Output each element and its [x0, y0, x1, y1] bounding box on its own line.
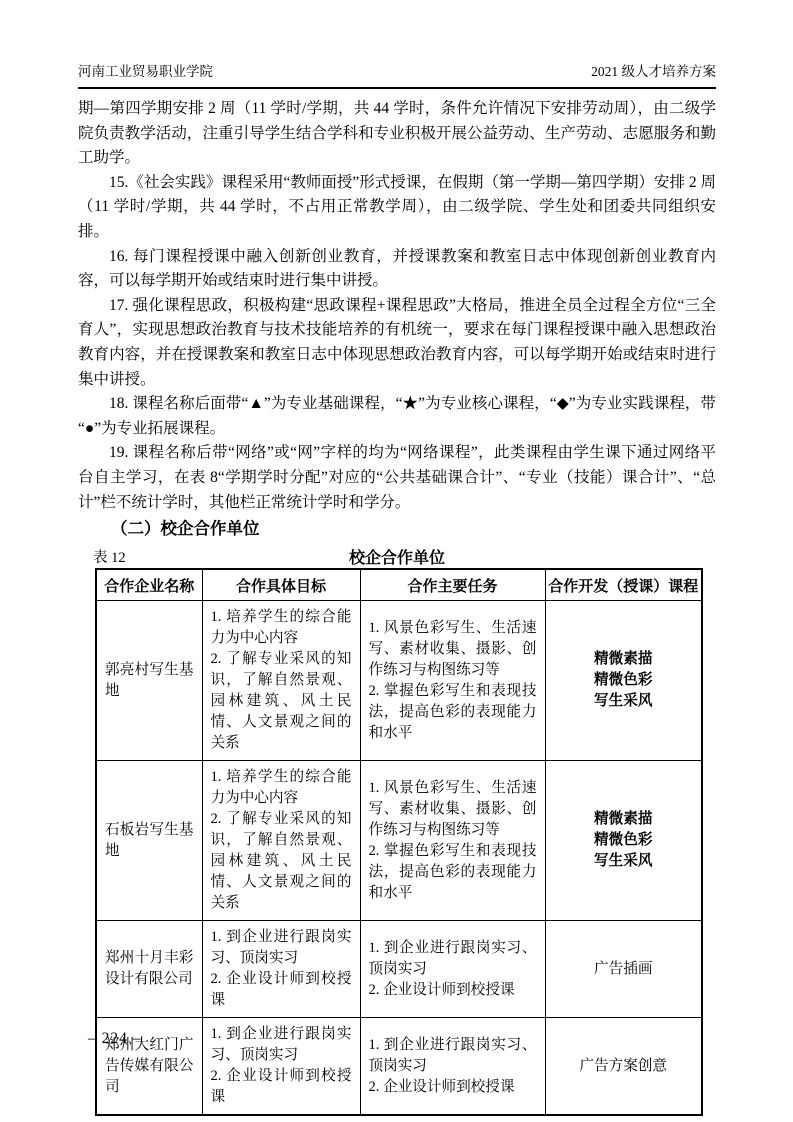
course-line: 精微色彩: [554, 830, 694, 851]
course-line: 精微色彩: [554, 670, 694, 691]
page-content: 河南工业贸易职业学院 2021 级人才培养方案 期—第四学期安排 2 周（11 …: [78, 60, 716, 1116]
table-title: 校企合作单位: [78, 545, 716, 568]
courses-cell: 精微素描 精微色彩 写生采风: [545, 601, 702, 761]
tasks-cell: 1. 到企业进行跟岗实习、顶岗实习 2. 企业设计师到校授课: [360, 921, 545, 1018]
company-cell: 郭亮村写生基地: [96, 601, 202, 761]
table-row: 郑州大红门广告传媒有限公司 1. 到企业进行跟岗实习、顶岗实习 2. 企业设计师…: [96, 1018, 702, 1116]
task-item: 1. 风景色彩写生、生活速写、素材收集、摄影、创作练习与构图练习等: [369, 618, 537, 681]
goal-item: 1. 到企业进行跟岗实习、顶岗实习: [211, 927, 352, 969]
task-item: 2. 掌握色彩写生和表现技法，提高色彩的表现能力和水平: [369, 681, 537, 744]
table-row: 石板岩写生基地 1. 培养学生的综合能力为中心内容 2. 了解专业采风的知识，了…: [96, 761, 702, 921]
course-line: 精微素描: [554, 809, 694, 830]
tasks-cell: 1. 到企业进行跟岗实习、顶岗实习 2. 企业设计师到校授课: [360, 1018, 545, 1116]
courses-cell: 广告插画: [545, 921, 702, 1018]
paragraph-16: 16. 每门课程授课中融入创新创业教育，并授课教案和教室日志中体现创新创业教育内…: [78, 245, 716, 294]
table-header-row: 合作企业名称 合作具体目标 合作主要任务 合作开发（授课）课程: [96, 569, 702, 601]
course-line: 写生采风: [554, 851, 694, 872]
courses-cell: 广告方案创意: [545, 1018, 702, 1116]
course-line: 写生采风: [554, 691, 694, 712]
task-item: 1. 风景色彩写生、生活速写、素材收集、摄影、创作练习与构图练习等: [369, 778, 537, 841]
courses-cell: 精微素描 精微色彩 写生采风: [545, 761, 702, 921]
goal-item: 1. 培养学生的综合能力为中心内容: [211, 607, 352, 649]
header-school-name: 河南工业贸易职业学院: [78, 60, 213, 80]
table-caption: 表 12 校企合作单位: [78, 543, 716, 568]
task-item: 1. 到企业进行跟岗实习、顶岗实习: [369, 1035, 537, 1077]
body-text: 期—第四学期安排 2 周（11 学时/学期，共 44 学时，条件允许情况下安排劳…: [78, 97, 716, 515]
document-page: 河南工业贸易职业学院 2021 级人才培养方案 期—第四学期安排 2 周（11 …: [0, 0, 793, 1122]
goal-item: 1. 培养学生的综合能力为中心内容: [211, 767, 352, 809]
tasks-cell: 1. 风景色彩写生、生活速写、素材收集、摄影、创作练习与构图练习等 2. 掌握色…: [360, 761, 545, 921]
paragraph-15: 15.《社会实践》课程采用“教师面授”形式授课，在假期（第一学期—第四学期）安排…: [78, 171, 716, 245]
task-item: 2. 企业设计师到校授课: [369, 980, 537, 1001]
course-line: 广告方案创意: [554, 1056, 694, 1077]
col-header-tasks: 合作主要任务: [360, 569, 545, 601]
goal-item: 1. 到企业进行跟岗实习、顶岗实习: [211, 1024, 352, 1066]
company-cell: 郑州十月丰彩设计有限公司: [96, 921, 202, 1018]
header-plan-title: 2021 级人才培养方案: [591, 60, 716, 80]
paragraph-19: 19. 课程名称后带“网络”或“网”字样的均为“网络课程”，此类课程由学生课下通…: [78, 441, 716, 515]
section-heading: （二）校企合作单位: [78, 516, 716, 542]
tasks-cell: 1. 风景色彩写生、生活速写、素材收集、摄影、创作练习与构图练习等 2. 掌握色…: [360, 601, 545, 761]
goals-cell: 1. 培养学生的综合能力为中心内容 2. 了解专业采风的知识，了解自然景观、园林…: [202, 761, 360, 921]
task-item: 2. 企业设计师到校授课: [369, 1077, 537, 1098]
goals-cell: 1. 培养学生的综合能力为中心内容 2. 了解专业采风的知识，了解自然景观、园林…: [202, 601, 360, 761]
goal-item: 2. 企业设计师到校授课: [211, 969, 352, 1011]
goal-item: 2. 了解专业采风的知识，了解自然景观、园林建筑、风土民情、人文景观之间的关系: [211, 649, 352, 754]
goal-item: 2. 企业设计师到校授课: [211, 1066, 352, 1108]
paragraph-18: 18. 课程名称后面带“▲”为专业基础课程，“★”为专业核心课程，“◆”为专业实…: [78, 392, 716, 441]
table-row: 郭亮村写生基地 1. 培养学生的综合能力为中心内容 2. 了解专业采风的知识，了…: [96, 601, 702, 761]
table-row: 郑州十月丰彩设计有限公司 1. 到企业进行跟岗实习、顶岗实习 2. 企业设计师到…: [96, 921, 702, 1018]
col-header-goals: 合作具体目标: [202, 569, 360, 601]
course-line: 精微素描: [554, 649, 694, 670]
course-line: 广告插画: [554, 959, 694, 980]
paragraph-continuation: 期—第四学期安排 2 周（11 学时/学期，共 44 学时，条件允许情况下安排劳…: [78, 97, 716, 171]
page-header: 河南工业贸易职业学院 2021 级人才培养方案: [78, 60, 716, 89]
paragraph-17: 17. 强化课程思政，积极构建“思政课程+课程思政”大格局，推进全员全过程全方位…: [78, 294, 716, 392]
col-header-courses: 合作开发（授课）课程: [545, 569, 702, 601]
cooperation-table: 合作企业名称 合作具体目标 合作主要任务 合作开发（授课）课程 郭亮村写生基地 …: [95, 568, 703, 1116]
company-cell: 石板岩写生基地: [96, 761, 202, 921]
task-item: 2. 掌握色彩写生和表现技法，提高色彩的表现能力和水平: [369, 841, 537, 904]
goals-cell: 1. 到企业进行跟岗实习、顶岗实习 2. 企业设计师到校授课: [202, 1018, 360, 1116]
col-header-company: 合作企业名称: [96, 569, 202, 601]
goal-item: 2. 了解专业采风的知识，了解自然景观、园林建筑、风土民情、人文景观之间的关系: [211, 809, 352, 914]
task-item: 1. 到企业进行跟岗实习、顶岗实习: [369, 938, 537, 980]
page-number: – 224 –: [88, 1030, 142, 1048]
goals-cell: 1. 到企业进行跟岗实习、顶岗实习 2. 企业设计师到校授课: [202, 921, 360, 1018]
